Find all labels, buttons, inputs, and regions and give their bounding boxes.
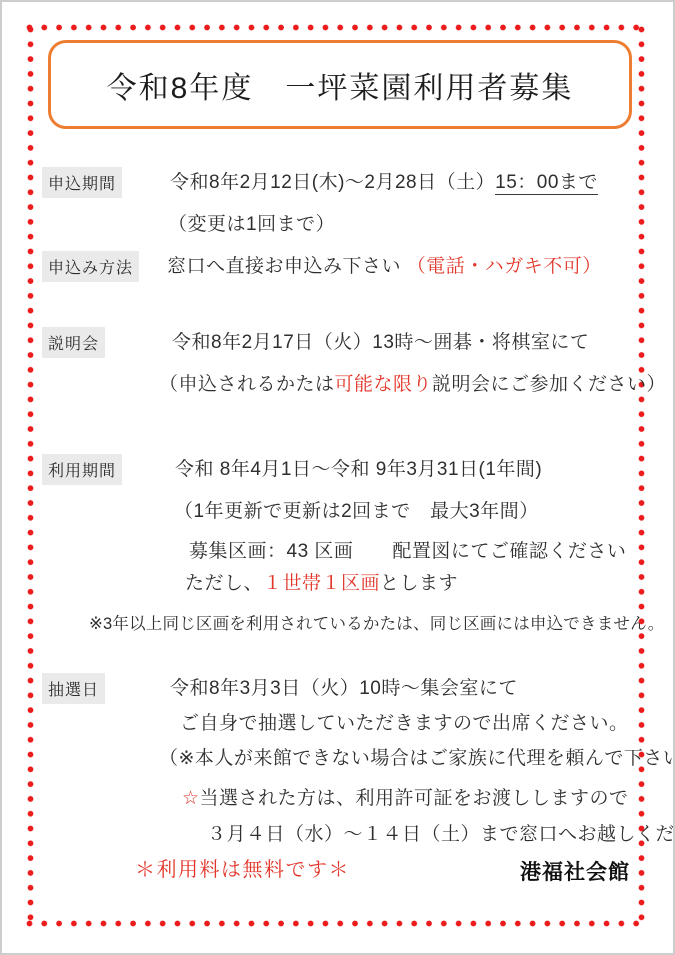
section-label-lottery: 抽選日 — [42, 673, 105, 704]
use-period-label: 利用期間 — [48, 463, 116, 480]
use-period-line4-pre: ただし、 — [185, 573, 263, 594]
use-period-line4-post: とします — [380, 573, 458, 594]
lottery-label: 抽選日 — [48, 682, 99, 699]
apply-period-line1: 令和8年2月12日(木)～2月28日（土）15：00まで — [170, 169, 598, 197]
lottery-line3: （※本人が来館できない場合はご家族に代理を頼んで下さい） — [159, 745, 675, 773]
section-label-briefing: 説明会 — [42, 327, 105, 358]
dotted-border-bottom — [26, 920, 646, 927]
briefing-line2-pre: （申込されるかたは — [159, 374, 335, 395]
briefing-line2-emphasis: 可能な限り — [335, 374, 433, 395]
use-period-note: ※3年以上同じ区画を利用されているかたは、同じ区画には申込できません。 — [89, 610, 665, 638]
apply-method-warning: （電話・ハガキ不可） — [407, 256, 602, 277]
page-title: 令和8年度 一坪菜園利用者募集 — [107, 63, 574, 107]
use-period-line4-emphasis: １世帯１区画 — [263, 573, 380, 594]
dotted-border-right — [638, 26, 645, 926]
lottery-line5: ３月４日（水）～１４日（土）まで窓口へお越しください。 — [207, 821, 675, 849]
apply-method-text: 窓口へ直接お申込み下さい — [167, 256, 407, 277]
apply-period-deadline: 15：00まで — [495, 172, 598, 195]
lottery-line2: ご自身で抽選していただきますので出席ください。 — [180, 710, 629, 738]
title-box: 令和8年度 一坪菜園利用者募集 — [48, 40, 632, 129]
apply-method-label: 申込み方法 — [48, 260, 133, 277]
organization-name: 港福社会館 — [520, 859, 630, 887]
lottery-line1: 令和8年3月3日（火）10時～集会室にて — [170, 675, 518, 703]
lottery-line4: ☆当選された方は、利用許可証をお渡ししますので — [182, 785, 629, 813]
briefing-label: 説明会 — [48, 336, 99, 353]
apply-period-label: 申込期間 — [48, 176, 116, 193]
briefing-line2-post: 説明会にご参加ください） — [432, 374, 666, 395]
section-label-use-period: 利用期間 — [42, 454, 122, 485]
section-label-apply-period: 申込期間 — [42, 167, 122, 198]
briefing-line2: （申込されるかたは可能な限り説明会にご参加ください） — [159, 371, 666, 399]
lottery-line4-text: 当選された方は、利用許可証をお渡ししますので — [200, 788, 629, 809]
star-icon: ☆ — [182, 788, 200, 809]
use-period-line1: 令和 8年4月1日～令和 9年3月31日(1年間) — [175, 456, 542, 484]
flyer-page: 令和8年度 一坪菜園利用者募集 申込期間 令和8年2月12日(木)～2月28日（… — [0, 0, 675, 955]
dotted-border-left — [27, 26, 34, 926]
apply-method-line: 窓口へ直接お申込み下さい （電話・ハガキ不可） — [167, 253, 602, 281]
use-period-line2: （1年更新で更新は2回まで 最大3年間） — [174, 498, 539, 526]
apply-period-dates: 令和8年2月12日(木)～2月28日（土） — [170, 172, 495, 193]
fee-free-note: ＊利用料は無料です＊ — [135, 856, 350, 884]
dotted-border-top — [26, 24, 646, 31]
use-period-line3: 募集区画：43 区画 配置図にてご確認ください — [189, 538, 626, 566]
section-label-apply-method: 申込み方法 — [42, 251, 139, 282]
use-period-line4: ただし、１世帯１区画とします — [185, 570, 458, 598]
briefing-line1: 令和8年2月17日（火）13時～囲碁・将棋室にて — [172, 329, 589, 357]
apply-period-line2: （変更は1回まで） — [168, 211, 335, 239]
